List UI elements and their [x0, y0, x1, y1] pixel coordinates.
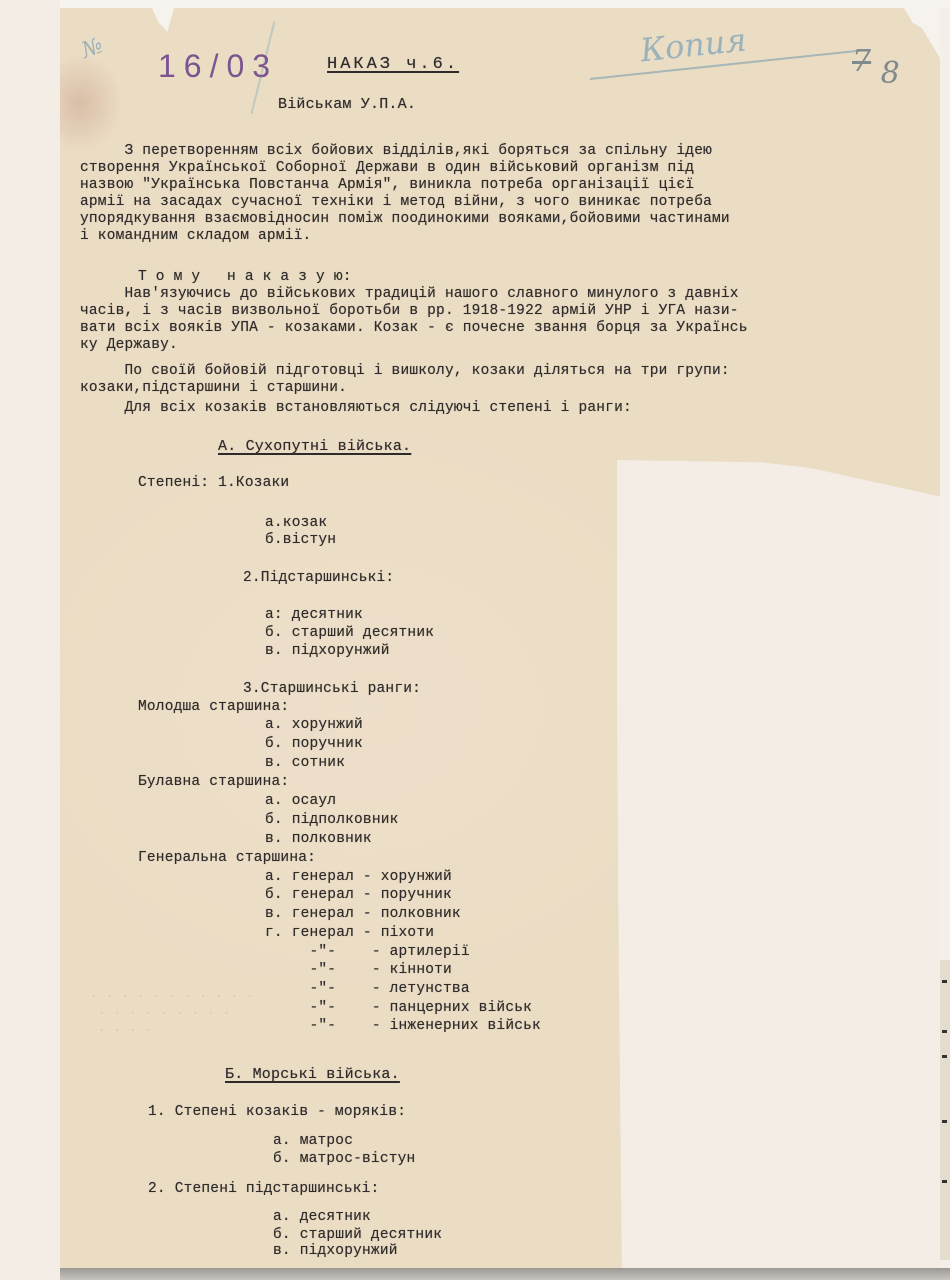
rank-desiatnyk: а: десятник: [265, 608, 363, 622]
general-officers-label: Генеральна старшина:: [138, 851, 316, 865]
addressee: Військам У.П.А.: [278, 98, 416, 112]
rank-poruchnyk: б. поручник: [265, 737, 363, 751]
intro-line-5: упорядкування взаємовідносин поміж пооди…: [80, 212, 730, 226]
intro-line-1: З перетворенням всіх бойових відділів,як…: [80, 144, 712, 158]
rank-general-pantsernykh: -"- - панцерних військ: [265, 1001, 532, 1015]
order-line-4: ку Державу.: [80, 338, 178, 352]
rank-kozak: а.козак: [265, 516, 327, 530]
section-a-heading: А. Сухопутні війська.: [218, 440, 411, 454]
rank-khorunzhyi: а. хорунжий: [265, 718, 363, 732]
archive-stamp-number: 16/03: [158, 48, 278, 85]
intro-line-4: армії на засадах сучасної техніки і мето…: [80, 195, 712, 209]
naval-rank-starshyi-desiatnyk: б. старший десятник: [273, 1228, 442, 1242]
order-line-6: козаки,підстаршини і старшини.: [80, 381, 347, 395]
top-background-strip: [0, 0, 950, 8]
handwritten-page-number: 7 8: [852, 44, 900, 79]
rank-general-poruchnyk: б. генерал - поручник: [265, 888, 452, 902]
rank-starshyi-desiatnyk: б. старший десятник: [265, 626, 434, 640]
stamp-text: 16/03: [158, 48, 278, 84]
page-number-new: 8: [881, 56, 900, 91]
degrees-label: Степені: 1.Козаки: [138, 476, 289, 490]
senior-officers-label: Булавна старшина:: [138, 775, 289, 789]
document-title: НАКАЗ ч.6.: [327, 58, 459, 72]
intro-line-6: і командним складом армії.: [80, 229, 311, 243]
section-b-heading: Б. Морські війська.: [225, 1068, 400, 1082]
intro-line-2: створення Української Соборної Держави в…: [80, 161, 694, 175]
officer-heading: 3.Старшинські ранги:: [243, 682, 421, 696]
rank-polkovnyk: в. полковник: [265, 832, 372, 846]
underlying-page-edge: [940, 960, 950, 1260]
rank-general-polkovnyk: в. генерал - полковник: [265, 907, 461, 921]
order-heading: Т о м у н а к а з у ю:: [138, 270, 352, 284]
rank-general-pikhoty: г. генерал - піхоти: [265, 926, 434, 940]
rank-general-khorunzhyi: а. генерал - хорунжий: [265, 870, 452, 884]
rank-matros: а. матрос: [273, 1134, 353, 1148]
rank-osaul: а. осаул: [265, 794, 336, 808]
rank-sotnyk: в. сотник: [265, 756, 345, 770]
order-line-7: Для всіх козаків встановляються слідуючі…: [80, 401, 632, 415]
rank-general-inzhenernykh: -"- - інженерних військ: [265, 1019, 541, 1033]
naval-rank-desiatnyk: а. десятник: [273, 1210, 371, 1224]
paper-tear-top-left: [152, 8, 174, 32]
rank-pidpolkovnyk: б. підполковник: [265, 813, 399, 827]
rank-general-kinnoty: -"- - кінноти: [265, 963, 452, 977]
rank-matros-vistun: б. матрос-вістун: [273, 1152, 415, 1166]
naval-nco-heading: 2. Степені підстаршинські:: [148, 1182, 379, 1196]
rank-general-letunstva: -"- - летунства: [265, 982, 470, 996]
order-line-1: Нав'язуючись до військових традицій нашо…: [80, 287, 739, 301]
sailors-heading: 1. Степені козаків - моряків:: [148, 1105, 406, 1119]
nco-heading: 2.Підстаршинські:: [243, 571, 394, 585]
rank-vistun: б.вістун: [265, 533, 336, 547]
left-background-margin: [0, 0, 60, 1280]
order-line-2: часів, і з часів визвольної боротьби в р…: [80, 304, 739, 318]
naval-rank-pidkhorunzhyi: в. підхорунжий: [273, 1244, 398, 1258]
pasted-paper-patch: [617, 460, 940, 1270]
order-line-5: По своїй бойовій підготовці і вишколу, к…: [80, 364, 730, 378]
rank-pidkhorunzhyi: в. підхорунжий: [265, 644, 390, 658]
intro-line-3: назвою "Українська Повстанча Армія", вин…: [80, 178, 694, 192]
page-number-old: 7: [852, 44, 871, 79]
bottom-page-shadow: [60, 1268, 950, 1280]
rank-general-artylerii: -"- - артилерії: [265, 945, 470, 959]
junior-officers-label: Молодша старшина:: [138, 700, 289, 714]
order-line-3: вати всіх вояків УПА - козаками. Козак -…: [80, 321, 748, 335]
